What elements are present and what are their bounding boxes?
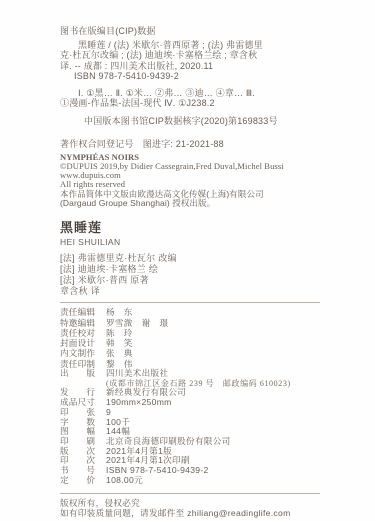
credits-block: 责任编辑 杨 东 特邀编辑 罗雪溦 谢 璟 责任校对 陈 玲 封面设计 韩 笑 … xyxy=(60,307,320,369)
credit-label: 内文制作 xyxy=(60,348,100,358)
publishing-row: 出 版 四川美术出版社 xyxy=(60,369,320,379)
publishing-row: 发 行 新经典发行有限公司 xyxy=(60,388,320,398)
author-line: [法] 弗雷德里克·杜瓦尔 改编 xyxy=(60,253,320,264)
credit-row: 责任编辑 杨 东 xyxy=(60,307,320,317)
cip-isbn-line: ISBN 978-7-5410-9439-2 xyxy=(60,71,320,82)
cip-class-line: Ⅰ. ①黑… Ⅱ. ①米… ②弗… ③迪… ④章… Ⅲ. xyxy=(60,88,320,99)
publishing-label: 定 价 xyxy=(60,476,100,486)
cip-registry: 中国版本图书馆CIP数据核字(2020)第169833号 xyxy=(60,116,320,127)
cip-header: 图书在版编目(CIP)数据 xyxy=(60,26,320,37)
publishing-row: 印 张 9 xyxy=(60,408,320,418)
publishing-row: 成品尺寸 190mm×250mm xyxy=(60,398,320,408)
publishing-row: 字 数 100千 xyxy=(60,418,320,428)
publishing-row: 印 刷 北京奇良海德印刷股份有限公司 xyxy=(60,437,320,447)
isbn-row: 书 号 ISBN 978-7-5410-9439-2 xyxy=(60,466,320,476)
footer-notices: 版权所有，侵权必究 如有印装质量问题，请发邮件至 zhiliang@readin… xyxy=(60,498,320,519)
book-title: 黑睡莲 xyxy=(60,221,320,235)
publishing-value: 100千 xyxy=(106,418,320,428)
book-title-pinyin: HEI SHUILIAN xyxy=(60,237,320,247)
publishing-value: 四川美术出版社 xyxy=(106,369,320,379)
price-value: 108.00元 xyxy=(106,476,320,486)
publishing-row: 版 次 2021年4月第1版 xyxy=(60,447,320,457)
credit-row: 责任印制 黎 伟 xyxy=(60,359,320,369)
copyright-page: 图书在版编目(CIP)数据 黑睡莲 / (法) 米歇尔·普西原著 ; (法) 弗… xyxy=(0,0,375,521)
cn-rights-line: (Dargaud Groupe Shanghai) 授权出版。 xyxy=(60,199,320,208)
title-block: 黑睡莲 HEI SHUILIAN [法] 弗雷德里克·杜瓦尔 改编 [法] 迪迪… xyxy=(60,221,320,297)
author-line: [法] 米歇尔·普西 原著 xyxy=(60,275,320,286)
original-credits: NYMPHÉAS NOIRS ©DUPUIS 2019,by Didier Ca… xyxy=(60,153,320,209)
divider xyxy=(60,302,320,303)
credit-value: 罗雪溦 谢 璟 xyxy=(106,318,320,328)
credit-row: 特邀编辑 罗雪溦 谢 璟 xyxy=(60,318,320,328)
author-line: [法] 迪迪埃·卡塞格兰 绘 xyxy=(60,264,320,275)
cip-record-line: 黑睡莲 / (法) 米歇尔·普西原著 ; (法) 弗雷德里 xyxy=(60,40,320,51)
credit-row: 内文制作 张 典 xyxy=(60,348,320,358)
credit-value: 韩 笑 xyxy=(106,338,320,348)
license-block: 著作权合同登记号 图进字: 21-2021-88 NYMPHÉAS NOIRS … xyxy=(60,139,320,208)
divider xyxy=(60,493,320,494)
quality-contact: 如有印装质量问题，请发邮件至 zhiliang@readinglife.com xyxy=(60,508,320,518)
contract-number: 著作权合同登记号 图进字: 21-2021-88 xyxy=(60,139,320,150)
cip-block: 图书在版编目(CIP)数据 黑睡莲 / (法) 米歇尔·普西原著 ; (法) 弗… xyxy=(60,26,320,126)
price-row: 定 价 108.00元 xyxy=(60,476,320,486)
credit-label: 责任校对 xyxy=(60,328,100,338)
publishing-value: 9 xyxy=(106,408,320,418)
credit-value: 杨 东 xyxy=(106,307,320,317)
author-line: 章含秋 译 xyxy=(60,286,320,297)
cip-record-line: 克·杜瓦尔改编 ; (法) 迪迪埃·卡塞格兰绘 ; 章含秋 xyxy=(60,50,320,61)
credit-value: 陈 玲 xyxy=(106,328,320,338)
credit-label: 封面设计 xyxy=(60,338,100,348)
credit-value: 张 典 xyxy=(106,348,320,358)
author-list: [法] 弗雷德里克·杜瓦尔 改编 [法] 迪迪埃·卡塞格兰 绘 [法] 米歇尔·… xyxy=(60,253,320,297)
cip-record-line: 译. -- 成都 : 四川美术出版社, 2020.11 xyxy=(60,61,320,72)
cip-class-line: ①漫画-作品集-法国-现代 Ⅳ. ①J238.2 xyxy=(60,98,320,109)
publisher-address-row: (成都市锦江区金石路 239 号 邮政编码 610023) xyxy=(60,379,320,389)
credit-row: 封面设计 韩 笑 xyxy=(60,338,320,348)
credit-label: 责任编辑 xyxy=(60,307,100,317)
publishing-block: 出 版 四川美术出版社 (成都市锦江区金石路 239 号 邮政编码 610023… xyxy=(60,369,320,485)
credit-label: 特邀编辑 xyxy=(60,318,100,328)
publishing-label: 出 版 xyxy=(60,369,100,379)
copyright-notice: 版权所有，侵权必究 xyxy=(60,498,320,508)
credit-row: 责任校对 陈 玲 xyxy=(60,328,320,338)
publishing-value: 190mm×250mm xyxy=(106,398,320,408)
